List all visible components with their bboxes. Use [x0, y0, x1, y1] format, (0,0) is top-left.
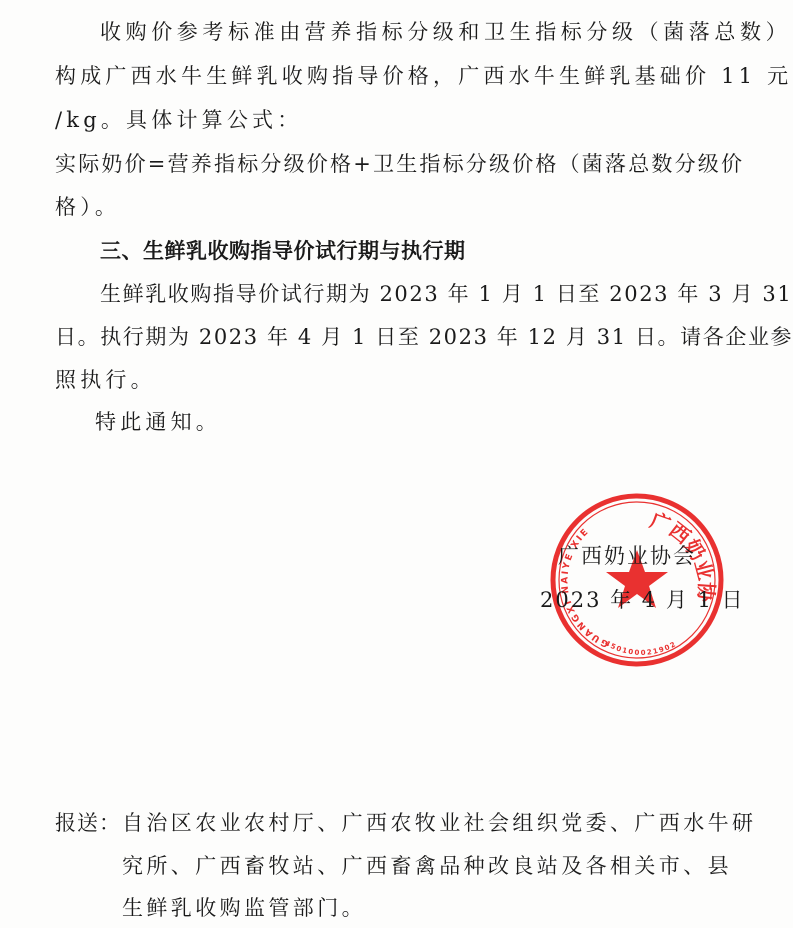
signature-organization: 广西奶业协会 [558, 542, 696, 570]
distribution-line-1: 自治区农业农村厅、广西农牧业社会组织党委、广西水牛研 [122, 809, 756, 837]
distribution-label: 报送： [55, 809, 121, 837]
section-3-line-1: 生鲜乳收购指导价试行期为 2023 年 1 月 1 日至 2023 年 3 月 … [100, 280, 792, 308]
distribution-line-3: 生鲜乳收购监管部门。 [122, 894, 366, 922]
closing-text: 特此通知。 [95, 408, 221, 436]
section-3-heading: 三、生鲜乳收购指导价试行期与执行期 [100, 237, 466, 265]
paragraph-1-line-3: /kg。具体计算公式： [55, 106, 302, 134]
paragraph-1-line-2: 构成广西水牛生鲜乳收购指导价格，广西水牛生鲜乳基础价 11 元 [55, 62, 792, 90]
formula-line-2: 格）。 [55, 193, 120, 221]
section-3-line-2: 日。执行期为 2023 年 4 月 1 日至 2023 年 12 月 31 日。… [55, 323, 793, 351]
paragraph-1-line-1: 收购价参考标准由营养指标分级和卫生指标分级（菌落总数） [100, 18, 791, 46]
section-3-line-3: 照执行。 [55, 366, 156, 394]
distribution-line-2: 究所、广西畜牧站、广西畜禽品种改良站及各相关市、县 [122, 852, 732, 880]
formula-line-1: 实际奶价=营养指标分级价格+卫生指标分级价格（菌落总数分级价 [55, 150, 744, 178]
document-page: 收购价参考标准由营养指标分级和卫生指标分级（菌落总数） 构成广西水牛生鲜乳收购指… [0, 0, 793, 928]
official-seal-stamp: 广西奶业协会 GUANGXI NAIYE XIEHUI 450100021902… [549, 492, 725, 668]
signature-date: 2023 年 4 月 1 日 [540, 586, 745, 614]
